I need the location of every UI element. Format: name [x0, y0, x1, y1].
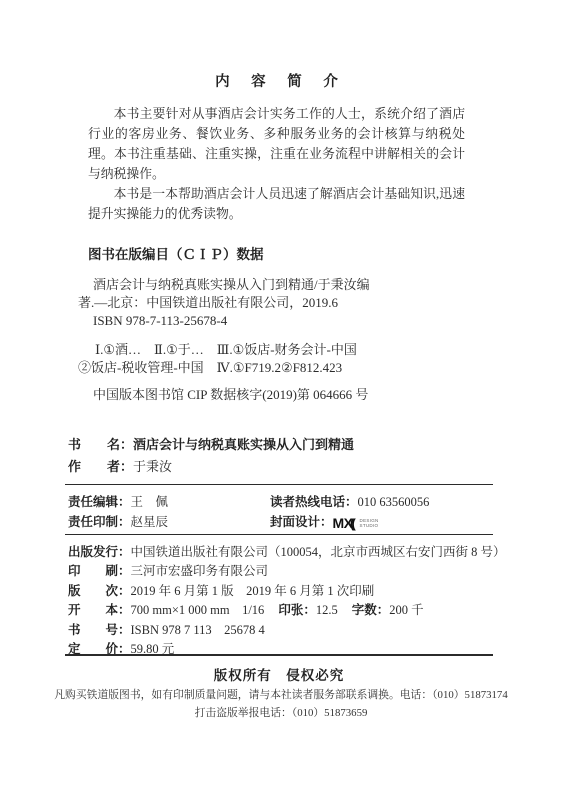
content-summary-heading: 内 容 简 介	[88, 70, 465, 91]
isbn-label: 书 号：	[68, 623, 131, 637]
cip-classification: Ⅰ.①酒… Ⅱ.①于… Ⅲ.①饭店-财务会计-中国 ②饭店-税收管理-中国 Ⅳ.…	[78, 341, 482, 377]
cip-record: 酒店会计与纳税真账实操从入门到精通/于秉汝编 著.—北京：中国铁道出版社有限公司…	[78, 276, 482, 330]
book-author-label: 作 者：	[68, 459, 133, 474]
price-row: 定 价：59.80 元	[68, 640, 508, 659]
wordcount-label: 字数：	[352, 603, 390, 617]
hotline-value: 010 63560056	[358, 495, 430, 509]
book-title-label: 书 名：	[68, 437, 133, 452]
printer-label: 印 刷：	[68, 564, 131, 578]
hotline-label: 读者热线电话：	[270, 495, 358, 509]
service-note: 凡购买铁道版图书，如有印制质量问题，请与本社读者服务部联系调换。电话：（010）…	[0, 687, 562, 702]
wordcount-value: 200 千	[389, 603, 423, 617]
cover-design-label: 封面设计：	[270, 515, 333, 529]
cip-class-line-2: ②饭店-税收管理-中国 Ⅳ.①F719.2②F812.423	[78, 359, 482, 377]
publishing-info-section: 出版发行：中国铁道出版社有限公司（100054，北京市西城区右安门西街 8 号）…	[68, 543, 508, 659]
copyright-notice: 版权所有 侵权必究	[65, 664, 493, 684]
edition-value: 2019 年 6 月第 1 版 2019 年 6 月第 1 次印刷	[131, 584, 375, 598]
logo-subtitle-line2: STUDIO	[360, 523, 379, 528]
edition-row: 版 次：2019 年 6 月第 1 版 2019 年 6 月第 1 次印刷	[68, 582, 508, 601]
edition-label: 版 次：	[68, 584, 131, 598]
editor-row: 责任编辑：王 佩 读者热线电话：010 63560056	[68, 492, 493, 512]
sheets-value: 12.5	[316, 603, 338, 617]
cover-design-cell: 封面设计：MX((DESIGNSTUDIO	[270, 512, 379, 532]
book-author-row: 作 者：于秉汝	[68, 456, 493, 478]
hotline-cell: 读者热线电话：010 63560056	[270, 492, 429, 512]
cip-title-line: 酒店会计与纳税真账实操从入门到精通/于秉汝编	[78, 276, 482, 294]
cip-heading: 图书在版编目（ＣＩＰ）数据	[78, 243, 482, 263]
cip-isbn-line: ISBN 978-7-113-25678-4	[78, 312, 482, 330]
print-supervisor-label: 责任印制：	[68, 515, 131, 529]
cip-section: 图书在版编目（ＣＩＰ）数据 酒店会计与纳税真账实操从入门到精通/于秉汝编 著.—…	[78, 243, 482, 404]
book-title-value: 酒店会计与纳税真账实操从入门到精通	[133, 437, 354, 452]
publisher-value: 中国铁道出版社有限公司（100054，北京市西城区右安门西街 8 号）	[131, 545, 506, 559]
cip-publisher-line: 著.—北京：中国铁道出版社有限公司，2019.6	[78, 294, 482, 312]
logo-mark-text: MX	[333, 516, 353, 530]
isbn-row: 书 号：ISBN 978 7 113 25678 4	[68, 621, 508, 640]
print-supervisor-row: 责任印制：赵星辰 封面设计：MX((DESIGNSTUDIO	[68, 512, 493, 532]
print-supervisor-value: 赵星辰	[131, 515, 169, 529]
divider-rule-1	[65, 484, 493, 485]
design-studio-logo: MX((DESIGNSTUDIO	[333, 516, 379, 530]
summary-paragraph-1: 本书主要针对从事酒店会计实务工作的人士，系统介绍了酒店行业的客房业务、餐饮业务、…	[88, 104, 465, 184]
printer-row: 印 刷：三河市宏盛印务有限公司	[68, 562, 508, 581]
logo-subtitle: DESIGNSTUDIO	[360, 518, 379, 528]
format-label: 开 本：	[68, 603, 131, 617]
divider-rule-2	[65, 534, 493, 535]
book-title-row: 书 名：酒店会计与纳税真账实操从入门到精通	[68, 434, 493, 456]
format-row: 开 本：700 mm×1 000 mm 1/16印张：12.5字数：200 千	[68, 601, 508, 620]
divider-rule-thick	[65, 654, 493, 656]
printer-value: 三河市宏盛印务有限公司	[131, 564, 269, 578]
format-value: 700 mm×1 000 mm 1/16	[131, 603, 265, 617]
sheets-label: 印张：	[278, 603, 316, 617]
publisher-row: 出版发行：中国铁道出版社有限公司（100054，北京市西城区右安门西街 8 号）	[68, 543, 508, 562]
copyright-page: 内 容 简 介 本书主要针对从事酒店会计实务工作的人士，系统介绍了酒店行业的客房…	[0, 0, 562, 800]
isbn-value: ISBN 978 7 113 25678 4	[131, 623, 265, 637]
cip-class-line-1: Ⅰ.①酒… Ⅱ.①于… Ⅲ.①饭店-财务会计-中国	[78, 341, 482, 359]
editorial-staff-section: 责任编辑：王 佩 读者热线电话：010 63560056 责任印制：赵星辰 封面…	[68, 492, 493, 532]
editor-value: 王 佩	[131, 495, 169, 509]
summary-paragraph-2: 本书是一本帮助酒店会计人员迅速了解酒店会计基础知识,迅速提升实操能力的优秀读物。	[88, 184, 465, 224]
book-title-author-section: 书 名：酒店会计与纳税真账实操从入门到精通 作 者：于秉汝	[68, 434, 493, 478]
publisher-label: 出版发行：	[68, 545, 131, 559]
book-author-value: 于秉汝	[133, 459, 172, 474]
content-summary-section: 内 容 简 介 本书主要针对从事酒店会计实务工作的人士，系统介绍了酒店行业的客房…	[88, 70, 465, 224]
editor-label: 责任编辑：	[68, 495, 131, 509]
piracy-report-note: 打击盗版举报电话：（010）51873659	[0, 705, 562, 720]
cip-registry-line: 中国版本图书馆 CIP 数据核字(2019)第 064666 号	[78, 386, 482, 404]
